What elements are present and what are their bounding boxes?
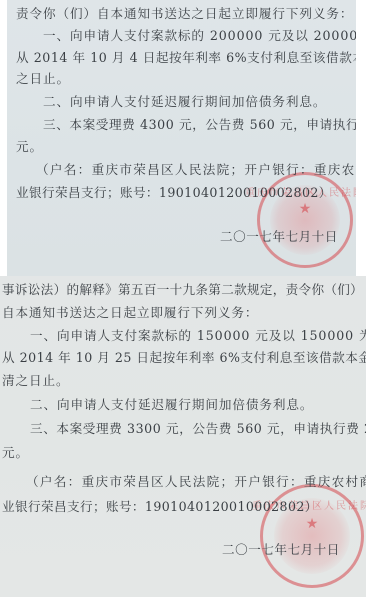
notice-line: 二、向申请人支付延迟履行期间加倍债务利息。 (43, 94, 326, 110)
notice-line: 之日止。 (16, 71, 70, 87)
bottom-notice-panel: 重庆市荣昌区人民法院 ★ 事诉讼法）的解释》第五百一十九条第二款规定，责令你（们… (0, 276, 366, 597)
notice-line: 从 2014 年 10 月 4 日起按年利率 6%支付利息至该借款本金付清 (16, 50, 356, 66)
notice-date: 二〇一七年七月十日 (222, 542, 340, 558)
notice-line: 责令你（们）自本通知书送达之日起立即履行下列义务： (16, 6, 353, 22)
top-notice-panel: 重庆市荣昌区人民法院 ★ 责令你（们）自本通知书送达之日起立即履行下列义务： 一… (7, 0, 356, 276)
seal-star-icon: ★ (306, 516, 319, 532)
notice-line: 元。 (16, 139, 43, 155)
notice-line: 二、向申请人支付延迟履行期间加倍债务利息。 (30, 397, 313, 413)
notice-line: 三、本案受理费 4300 元，公告费 560 元，申请执行费 2973 (43, 117, 356, 133)
notice-line: （户名：重庆市荣昌区人民法院；开户银行：重庆农村商 (36, 162, 356, 178)
notice-line: 事诉讼法）的解释》第五百一十九条第二款规定，责令你（们） (2, 282, 363, 298)
notice-line: （户名：重庆市荣昌区人民法院；开户银行：重庆农村商 (26, 474, 366, 490)
notice-line: 业银行荣昌支行；账号：1901040120010002802） (2, 499, 318, 515)
notice-line: 一、向申请人支付案款标的 150000 元及以 150000 为基数 (30, 328, 366, 344)
notice-line: 业银行荣昌支行；账号：1901040120010002802） (16, 185, 332, 201)
notice-line: 从 2014 年 10 月 25 日起按年利率 6%支付利息至该借款本金付 (2, 350, 366, 366)
notice-line: 一、向申请人支付案款标的 200000 元及以 200000 为基数 (43, 28, 356, 44)
notice-line: 元。 (2, 445, 29, 461)
notice-line: 三、本案受理费 3300 元，公告费 560 元，申请执行费 2208 (30, 421, 366, 437)
notice-line: 清之日止。 (2, 373, 69, 389)
seal-star-icon: ★ (299, 201, 312, 217)
notice-line: 自本通知书送达之日起立即履行下列义务： (2, 305, 258, 321)
notice-date: 二〇一七年七月十日 (220, 229, 338, 245)
